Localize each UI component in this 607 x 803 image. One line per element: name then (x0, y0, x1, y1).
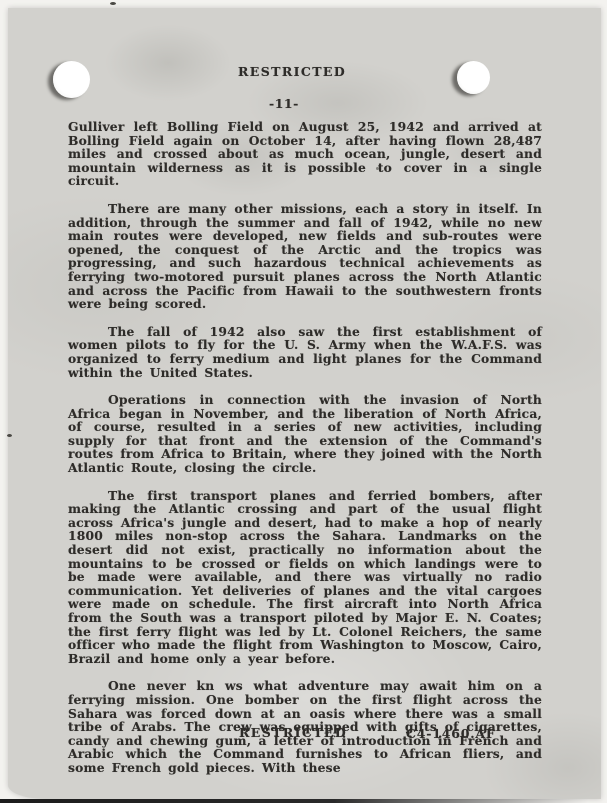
header-classification: RESTRICTED (238, 64, 346, 79)
scan-artifact-speck (376, 167, 379, 170)
paragraph: The fall of 1942 also saw the first esta… (68, 325, 542, 379)
punch-hole-left (53, 61, 90, 98)
paragraph: Gulliver left Bolling Field on August 25… (68, 120, 542, 188)
punch-hole-right (457, 61, 490, 94)
page-number: -11- (269, 96, 299, 111)
document-id: C4-1460.AF (406, 726, 496, 741)
scan-artifact-speck (7, 434, 12, 437)
scan-edge-shadow (0, 799, 607, 803)
footer-classification: RESTRICTED (239, 725, 347, 740)
paragraph: The first transport planes and ferried b… (68, 489, 542, 666)
document-body: Gulliver left Bolling Field on August 25… (68, 120, 542, 789)
scan-artifact-speck (110, 2, 116, 5)
paragraph: Operations in connection with the invasi… (68, 393, 542, 475)
paragraph: There are many other missions, each a st… (68, 202, 542, 311)
scanned-document-screenshot: { "page": { "classification_header": "RE… (0, 0, 607, 803)
